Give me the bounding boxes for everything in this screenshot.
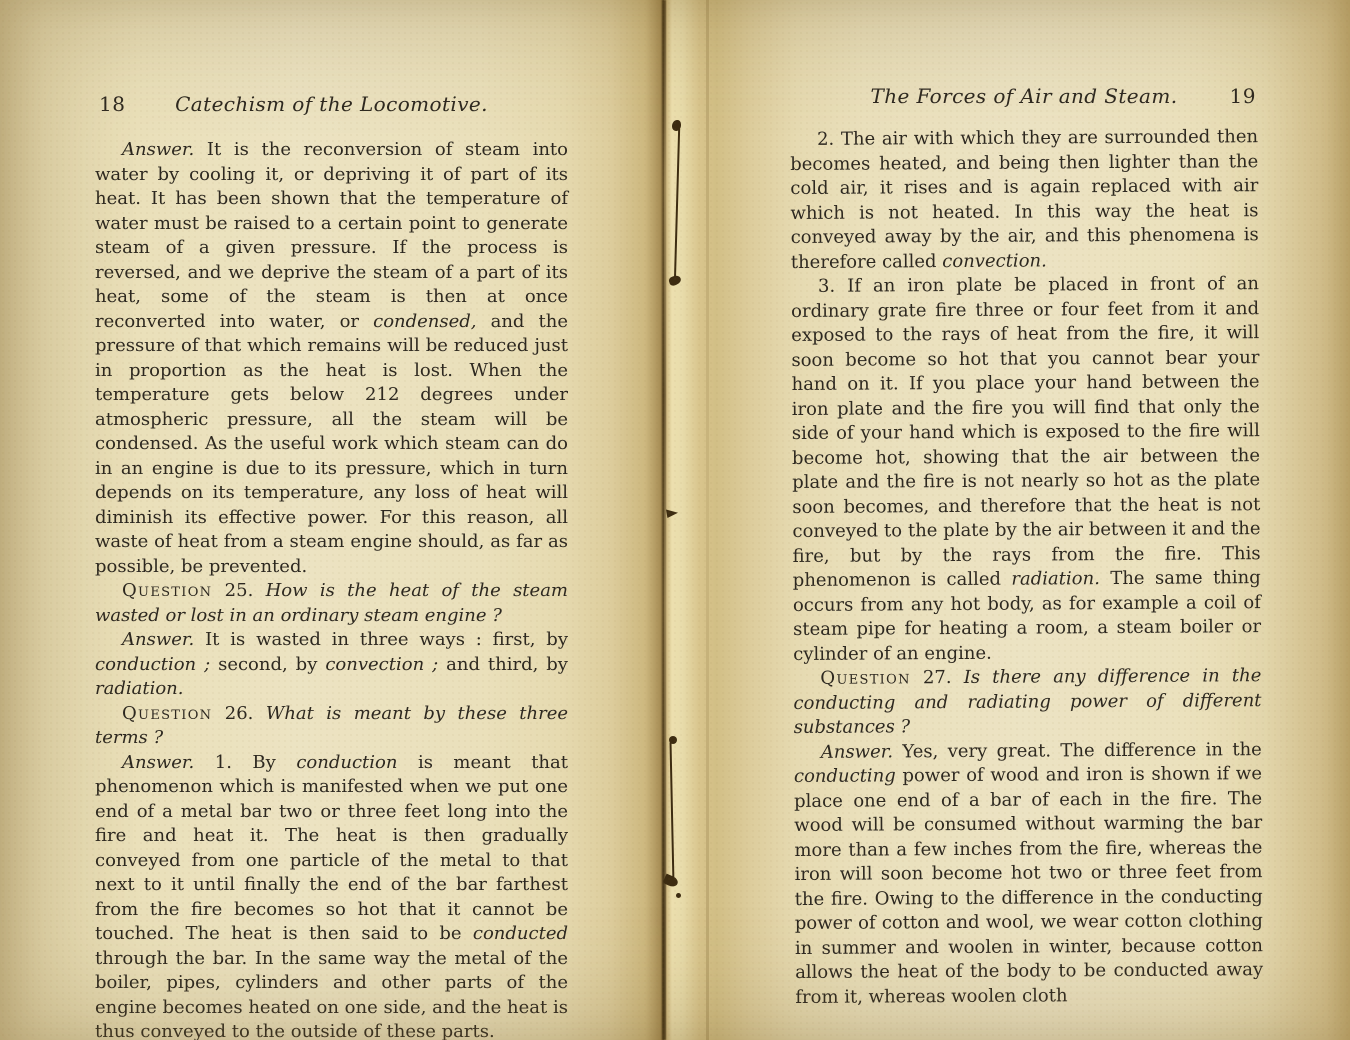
paragraph: Answer. Yes, very great. The difference …: [794, 738, 1264, 1010]
text-segment: convection.: [942, 250, 1047, 272]
text-segment: conducting: [794, 765, 896, 787]
page-number-right: 19: [1230, 84, 1256, 108]
text-segment: convection ;: [325, 654, 438, 675]
binding-stitch-mark: [676, 893, 681, 898]
text-segment: 26.: [212, 703, 265, 724]
text-segment: 25.: [212, 580, 265, 601]
running-header-right: The Forces of Air and Steam.: [870, 84, 1177, 108]
text-segment: radiation.: [95, 678, 184, 699]
text-segment: 1. By: [194, 752, 296, 773]
binding-thread-knot: [669, 736, 677, 744]
text-segment: Answer.: [821, 741, 893, 762]
text-segment: Yes, very great. The difference in the: [893, 739, 1262, 762]
text-segment: 27.: [911, 667, 964, 688]
text-segment: Answer.: [122, 752, 194, 773]
page-right-header: The Forces of Air and Steam. 19: [790, 84, 1258, 108]
text-segment: It is the reconversion of steam into wat…: [95, 139, 568, 332]
text-segment: radiation.: [1011, 568, 1100, 590]
text-segment: conduction ;: [95, 654, 210, 675]
text-segment: and third, by: [438, 654, 568, 675]
text-segment: Question: [122, 703, 212, 724]
text-segment: It is wasted in three ways : first, by: [194, 629, 568, 650]
text-segment: second, by: [210, 654, 325, 675]
text-segment: Answer.: [122, 139, 194, 160]
paragraph: Question 25. How is the heat of the stea…: [95, 579, 568, 628]
paragraph: Answer. 1. By conduction is meant that p…: [95, 751, 568, 1040]
page-right-body: 2. The air with which they are surrounde…: [790, 125, 1263, 1010]
paragraph: Question 27. Is there any difference in …: [793, 664, 1261, 740]
text-segment: conducted: [473, 923, 568, 944]
text-segment: condensed,: [373, 311, 476, 332]
paragraph: 2. The air with which they are surrounde…: [790, 125, 1259, 275]
text-segment: Answer.: [122, 629, 194, 650]
page-fold-line: [706, 0, 709, 1040]
paragraph: Question 26. What is meant by these thre…: [95, 702, 568, 751]
page-left-header: 18 Catechism of the Locomotive.: [95, 92, 568, 116]
text-segment: through the bar. In the same way the met…: [95, 948, 568, 1040]
text-segment: conduction: [296, 752, 397, 773]
text-segment: is meant that phenomenon which is manife…: [95, 752, 568, 945]
paragraph: Answer. It is the reconversion of steam …: [95, 138, 568, 579]
text-segment: Question: [122, 580, 212, 601]
page-number-left: 18: [99, 92, 125, 116]
paragraph: 3. If an iron plate be placed in front o…: [791, 272, 1261, 667]
text-segment: power of wood and iron is shown if we pl…: [794, 763, 1263, 1007]
page-left-body: Answer. It is the reconversion of steam …: [95, 138, 568, 1040]
book-spread: 18 Catechism of the Locomotive. Answer. …: [0, 0, 1350, 1040]
text-segment: Question: [820, 667, 910, 689]
text-segment: and the pressure of that which remains w…: [95, 311, 568, 577]
running-header-left: Catechism of the Locomotive.: [175, 92, 488, 116]
text-segment: 3. If an iron plate be placed in front o…: [791, 273, 1261, 591]
paragraph: Answer. It is wasted in three ways : fir…: [95, 628, 568, 702]
